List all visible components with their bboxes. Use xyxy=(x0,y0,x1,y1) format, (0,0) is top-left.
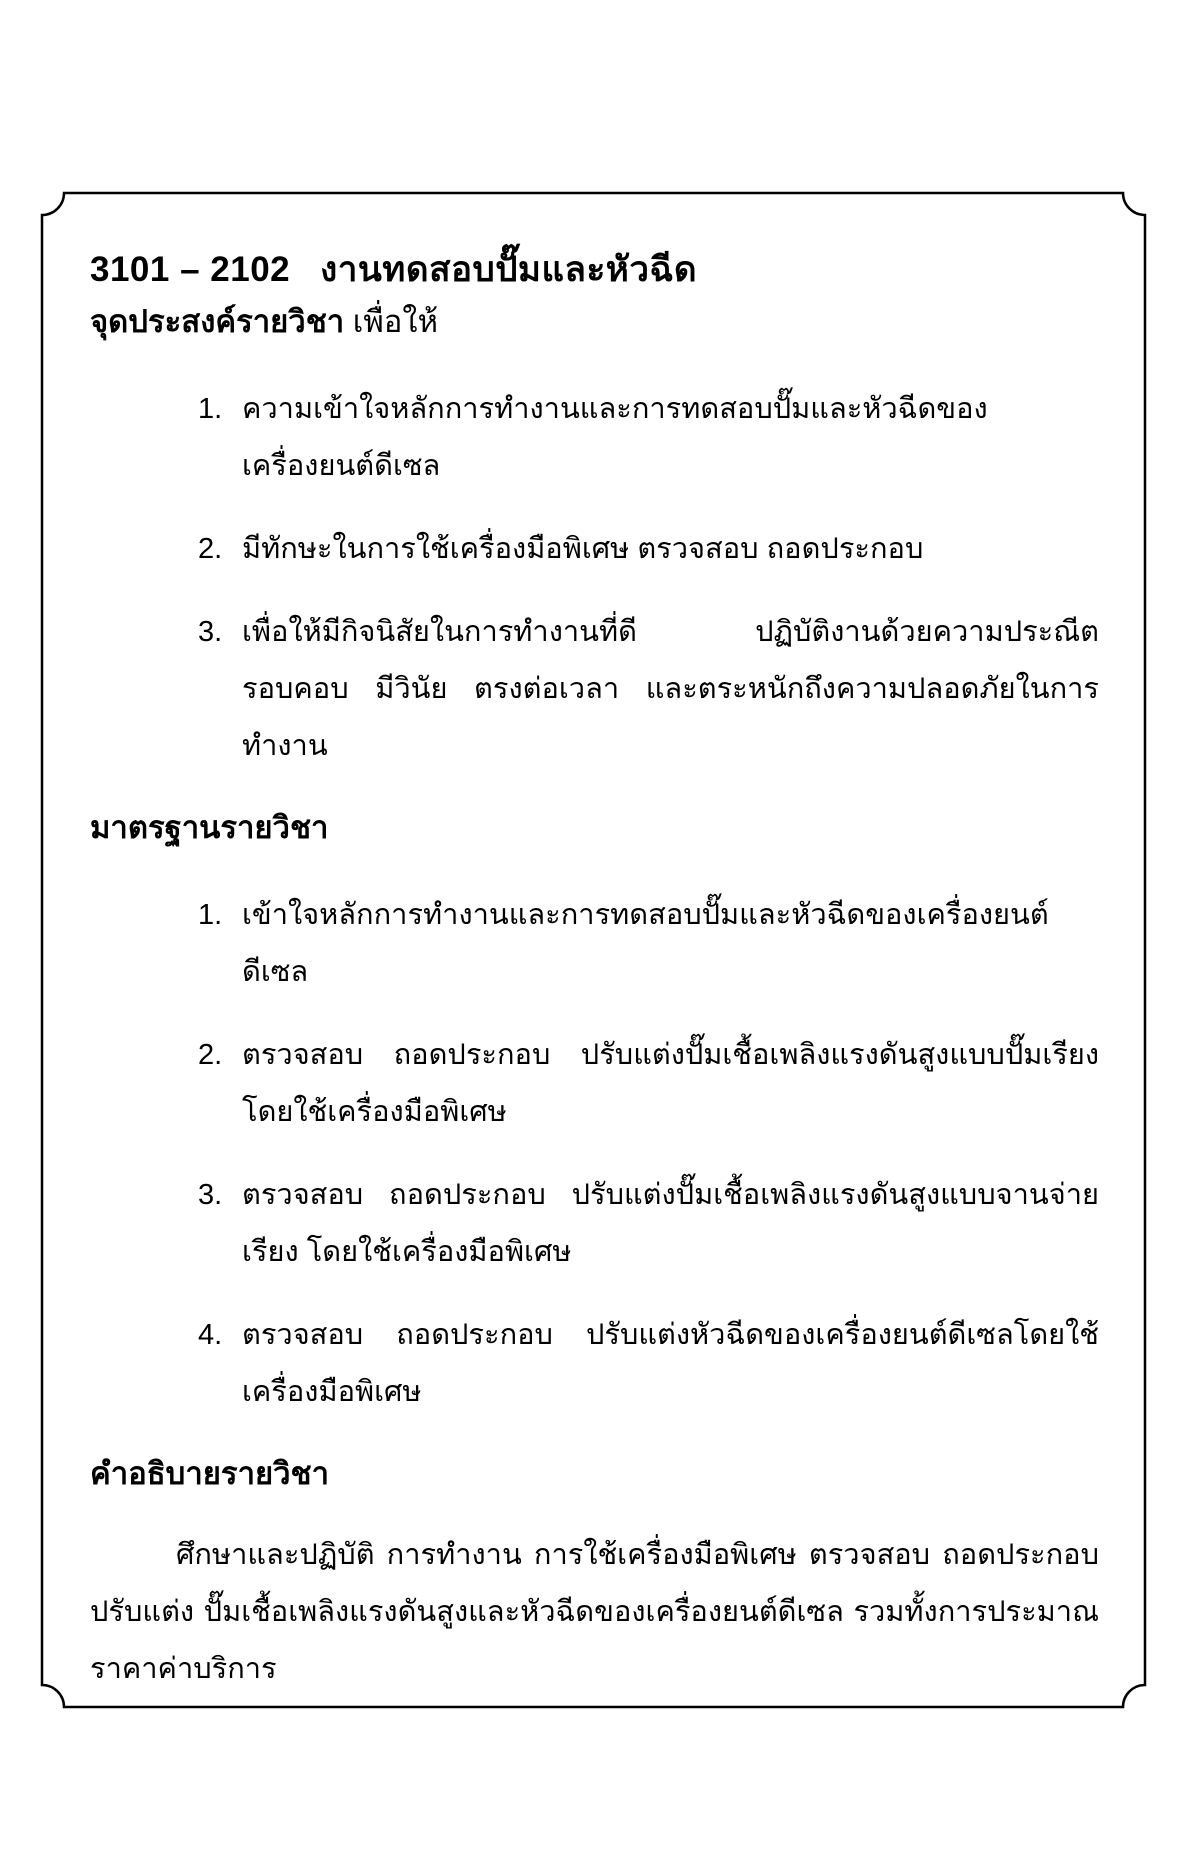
objective-item-number: 3. xyxy=(198,604,242,775)
objectives-heading: จุดประสงค์รายวิชา xyxy=(90,304,344,339)
standard-item-number: 4. xyxy=(198,1307,242,1421)
objective-item: 2. มีทักษะในการใช้เครื่องมือพิเศษ ตรวจสอ… xyxy=(90,521,1099,578)
objective-item-text: เพื่อให้มีกิจนิสัยในการทำงานที่ดี ปฏิบัต… xyxy=(242,604,1099,775)
course-code: 3101 – 2102 xyxy=(90,245,290,295)
objective-item-text: มีทักษะในการใช้เครื่องมือพิเศษ ตรวจสอบ ถ… xyxy=(242,521,1099,578)
standards-heading: มาตรฐานรายวิชา xyxy=(90,801,1099,855)
standard-item-number: 1. xyxy=(198,887,242,1001)
standard-item: 4. ตรวจสอบ ถอดประกอบ ปรับแต่งหัวฉีดของเค… xyxy=(90,1307,1099,1421)
standard-item-text: ตรวจสอบ ถอดประกอบ ปรับแต่งปั๊มเชื้อเพลิง… xyxy=(242,1027,1099,1141)
standard-item-number: 3. xyxy=(198,1167,242,1281)
standard-item-text: ตรวจสอบ ถอดประกอบ ปรับแต่งปั๊มเชื้อเพลิง… xyxy=(242,1167,1099,1281)
objectives-heading-suffix: เพื่อให้ xyxy=(353,304,438,339)
description-heading: คำอธิบายรายวิชา xyxy=(90,1447,1099,1501)
objective-item-number: 1. xyxy=(198,381,242,495)
course-title-row: 3101 – 2102 งานทดสอบปั๊มและหัวฉีด xyxy=(90,245,1099,295)
objectives-section: จุดประสงค์รายวิชา เพื่อให้ 1. ความเข้าใจ… xyxy=(90,295,1099,775)
objective-item-number: 2. xyxy=(198,521,242,578)
standards-list: 1. เข้าใจหลักการทำงานและการทดสอบปั๊มและห… xyxy=(90,887,1099,1421)
standard-item: 3. ตรวจสอบ ถอดประกอบ ปรับแต่งปั๊มเชื้อเพ… xyxy=(90,1167,1099,1281)
standard-item-text: ตรวจสอบ ถอดประกอบ ปรับแต่งหัวฉีดของเครื่… xyxy=(242,1307,1099,1421)
objectives-heading-row: จุดประสงค์รายวิชา เพื่อให้ xyxy=(90,295,1099,349)
standard-item: 1. เข้าใจหลักการทำงานและการทดสอบปั๊มและห… xyxy=(90,887,1099,1001)
standard-item-text: เข้าใจหลักการทำงานและการทดสอบปั๊มและหัวฉ… xyxy=(242,887,1099,1001)
course-title: งานทดสอบปั๊มและหัวฉีด xyxy=(320,245,697,295)
document-page: 3101 – 2102 งานทดสอบปั๊มและหัวฉีด จุดประ… xyxy=(0,0,1186,1867)
objective-item: 3. เพื่อให้มีกิจนิสัยในการทำงานที่ดี ปฏิ… xyxy=(90,604,1099,775)
document-content: 3101 – 2102 งานทดสอบปั๊มและหัวฉีด จุดประ… xyxy=(42,193,1145,1707)
description-section: คำอธิบายรายวิชา ศึกษาและปฏิบัติ การทำงาน… xyxy=(90,1447,1099,1698)
objective-item-text: ความเข้าใจหลักการทำงานและการทดสอบปั๊มและ… xyxy=(242,381,1099,495)
standard-item: 2. ตรวจสอบ ถอดประกอบ ปรับแต่งปั๊มเชื้อเพ… xyxy=(90,1027,1099,1141)
standards-section: มาตรฐานรายวิชา 1. เข้าใจหลักการทำงานและก… xyxy=(90,801,1099,1421)
objectives-list: 1. ความเข้าใจหลักการทำงานและการทดสอบปั๊ม… xyxy=(90,381,1099,775)
description-body: ศึกษาและปฏิบัติ การทำงาน การใช้เครื่องมื… xyxy=(90,1527,1099,1698)
standard-item-number: 2. xyxy=(198,1027,242,1141)
objective-item: 1. ความเข้าใจหลักการทำงานและการทดสอบปั๊ม… xyxy=(90,381,1099,495)
